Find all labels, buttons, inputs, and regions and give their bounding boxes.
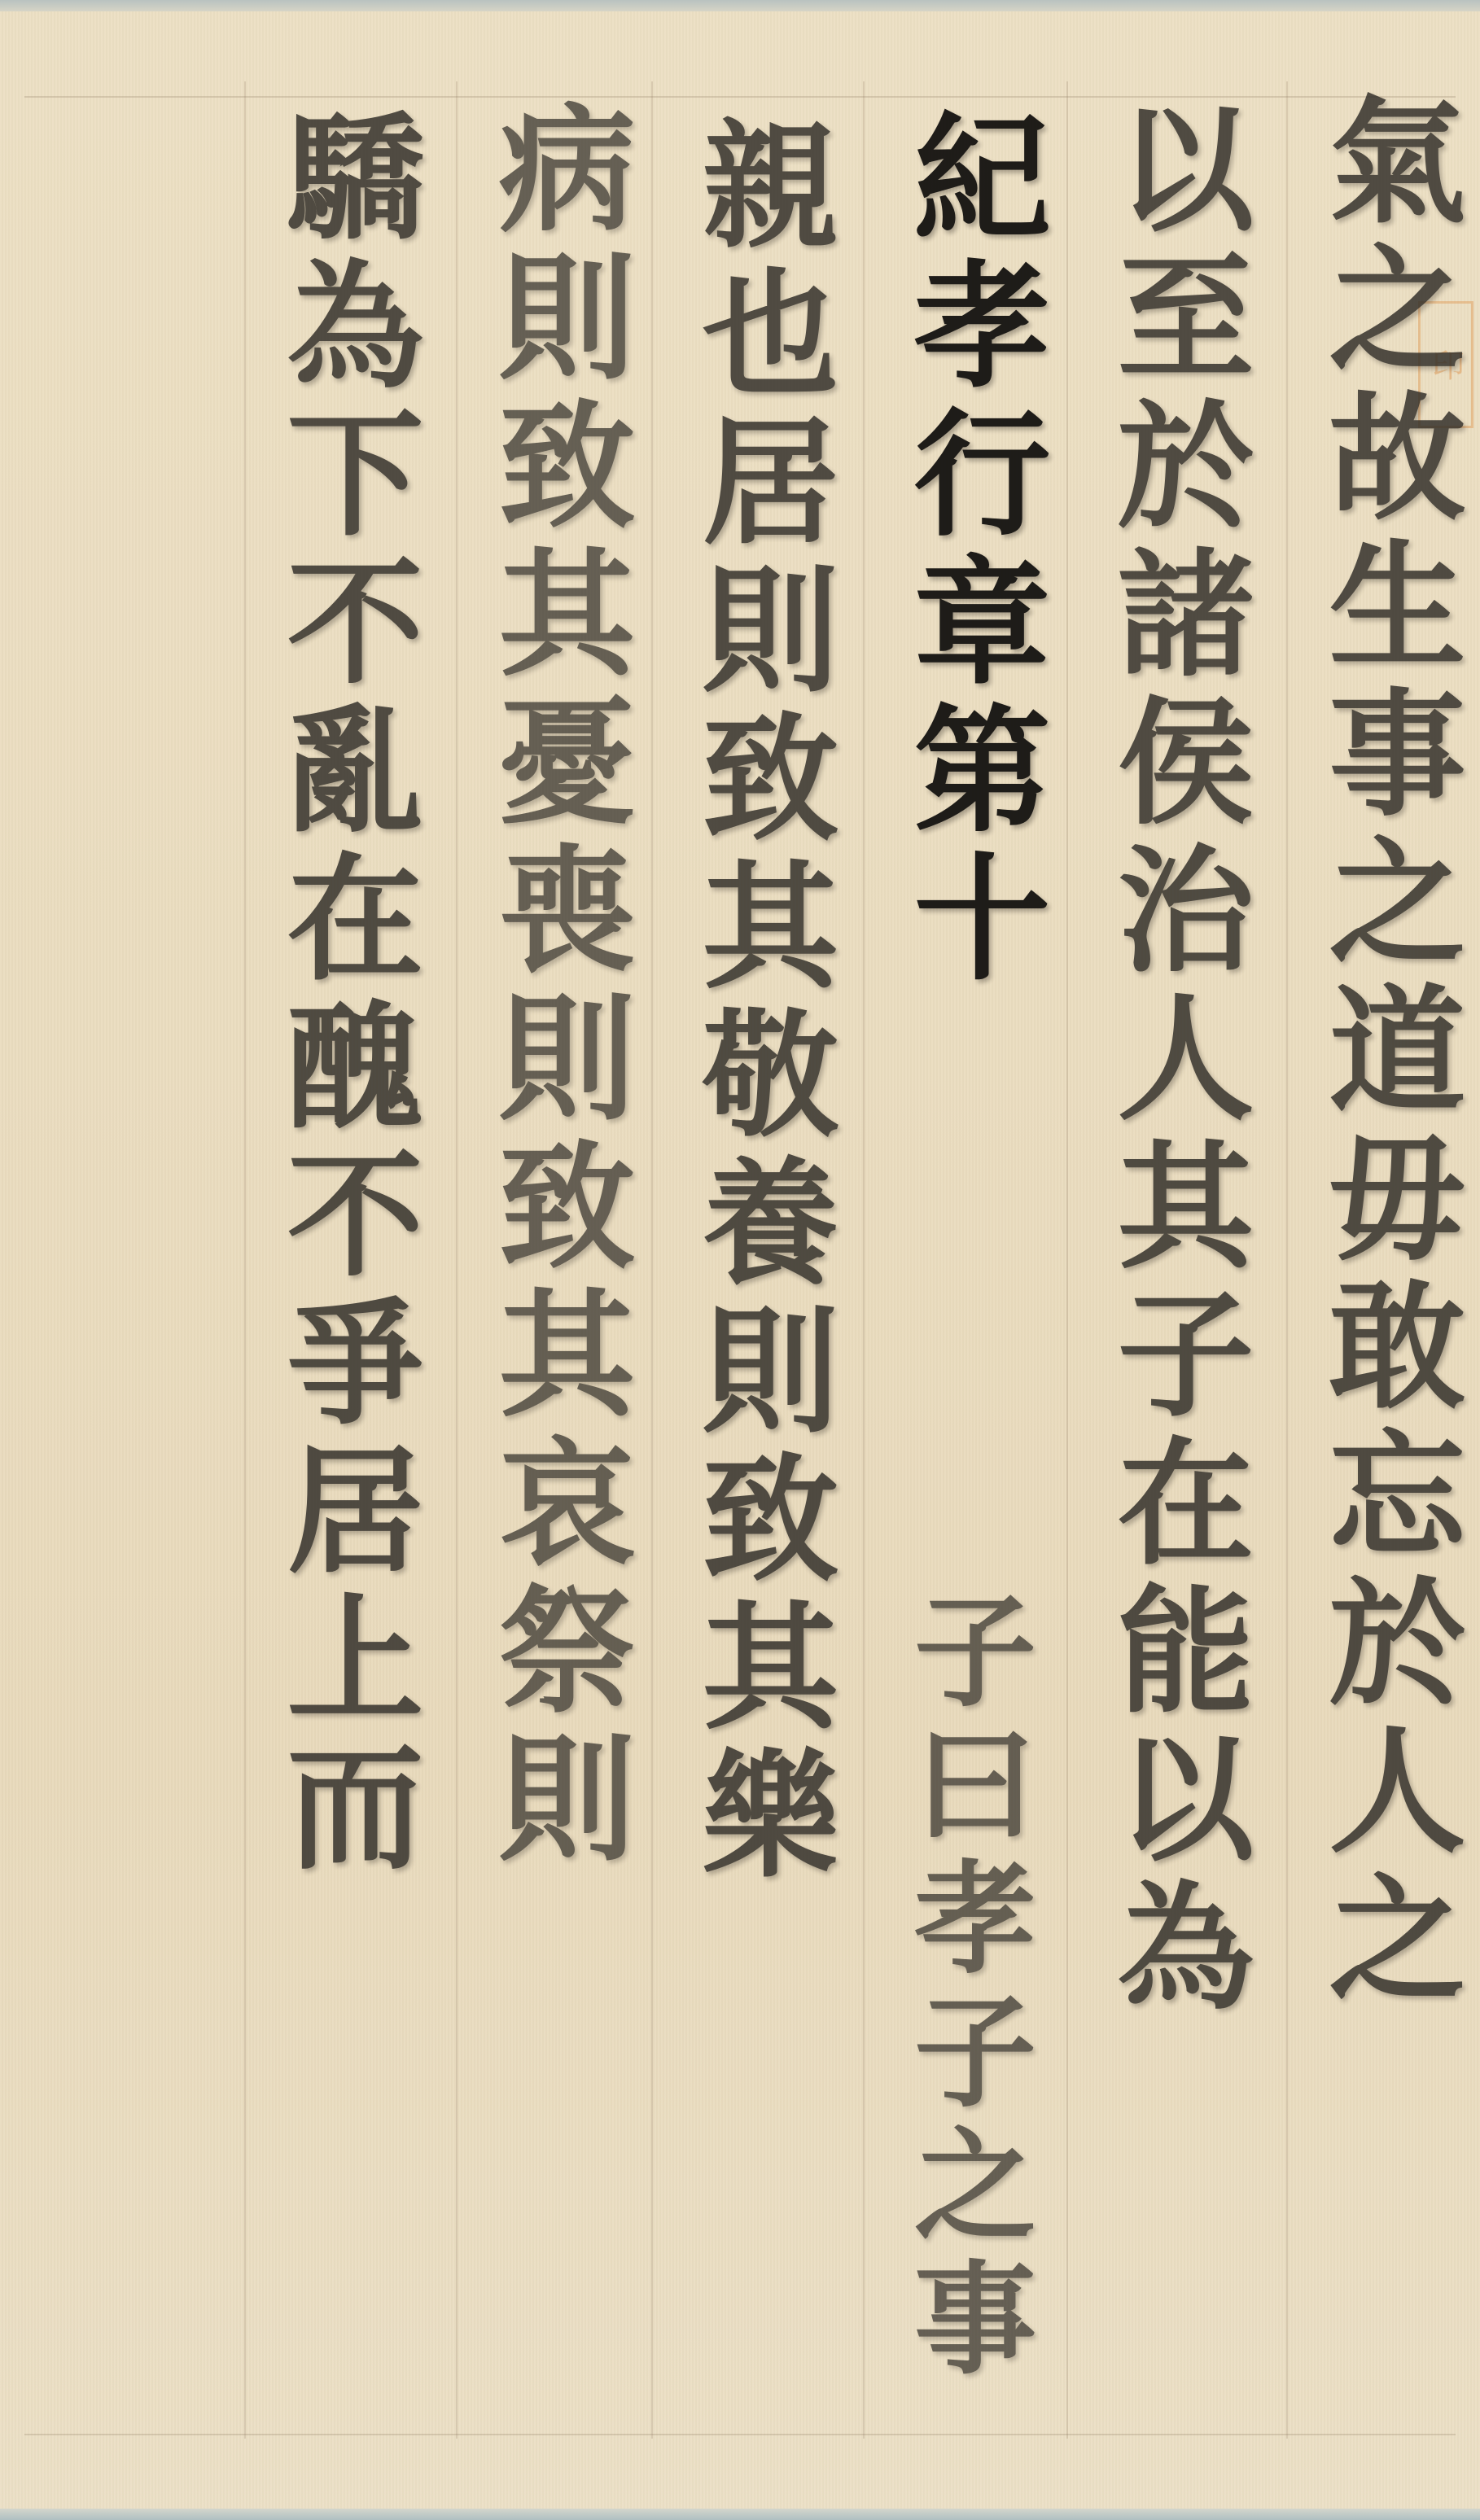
- column-divider: [1286, 81, 1288, 2439]
- calligraphy-column-5: 親也居則致其敬養則致其樂: [692, 114, 829, 1892]
- calligraphy-scroll: 印 氣之故生事之道毋敢忘於人之 以至於諸侯治人其子在能以為 紀孝行章第十 子曰孝…: [0, 0, 1480, 2520]
- calligraphy-column-7: 驕為下不亂在醜不爭居上而: [277, 106, 414, 1883]
- column-divider: [863, 81, 865, 2439]
- calligraphy-column-4: 子曰孝子之事: [904, 1587, 1026, 2388]
- calligraphy-column-1: 氣之故生事之道毋敢忘於人之: [1319, 90, 1456, 2015]
- calligraphy-column-6: 病則致其憂喪則致其哀祭則: [488, 98, 625, 1875]
- column-divider: [1066, 81, 1068, 2439]
- mounting-band-top: [0, 0, 1480, 11]
- mounting-band-bottom: [0, 2509, 1480, 2520]
- column-divider: [456, 81, 458, 2439]
- column-divider: [244, 81, 246, 2439]
- calligraphy-column-2: 以至於諸侯治人其子在能以為: [1107, 98, 1244, 2023]
- column-divider: [651, 81, 653, 2439]
- ruled-line-bottom: [24, 2434, 1456, 2435]
- calligraphy-column-3-chapter-title: 紀孝行章第十: [904, 106, 1040, 995]
